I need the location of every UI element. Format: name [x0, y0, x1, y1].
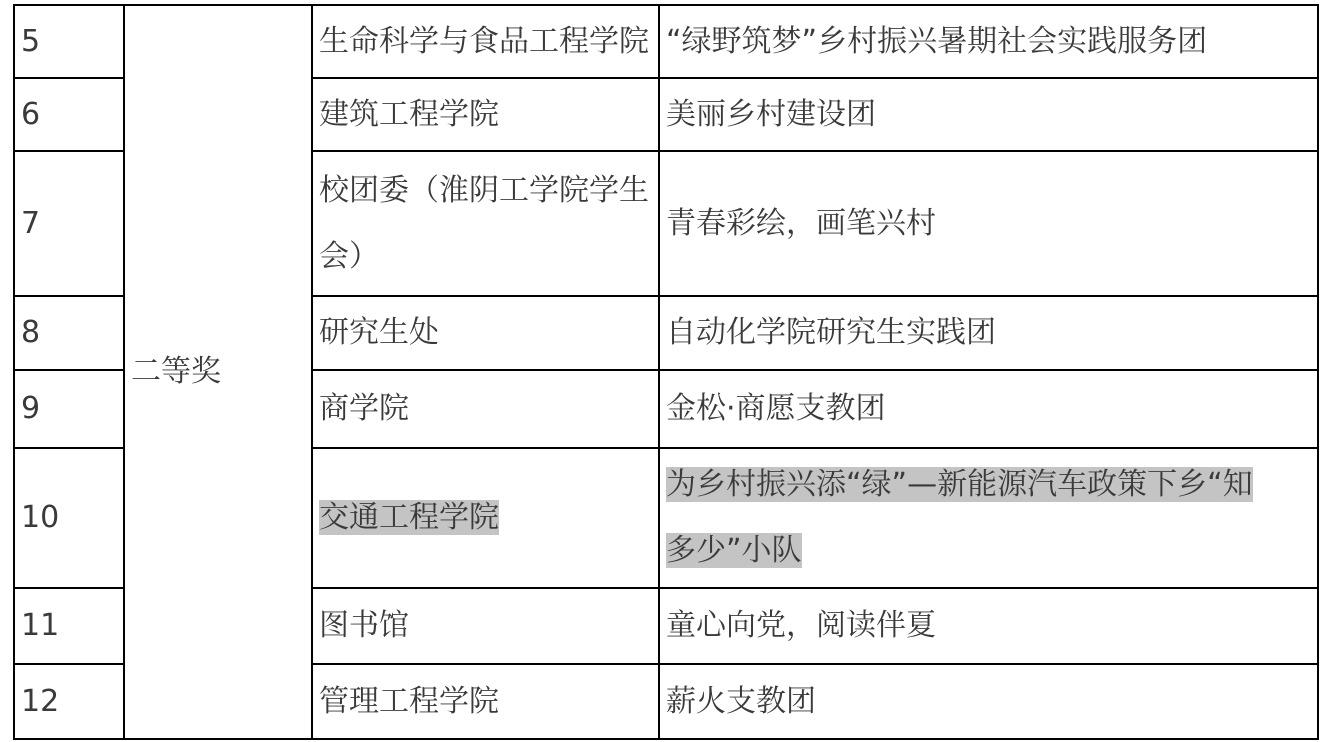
unit-text: 校团委（淮阴工学院学生 会）: [319, 173, 649, 274]
row-number: 9: [21, 391, 40, 426]
team-text: 美丽乡村建设团: [666, 97, 876, 132]
row-number: 6: [21, 97, 40, 132]
row-number-cell: 10: [14, 448, 124, 588]
unit-text: 建筑工程学院: [319, 97, 499, 132]
row-number: 7: [21, 206, 40, 241]
unit-text: 管理工程学院: [319, 684, 499, 719]
row-number: 12: [21, 684, 59, 719]
team-text: 薪火支教团: [666, 684, 816, 719]
unit-text: 商学院: [319, 391, 409, 426]
unit-cell: 管理工程学院: [312, 664, 659, 739]
row-number: 10: [21, 500, 59, 535]
team-cell: 自动化学院研究生实践团: [659, 296, 1318, 370]
unit-text: 研究生处: [319, 315, 439, 350]
table-row: 5 二等奖 生命科学与食品工程学院 “绿野筑梦”乡村振兴暑期社会实践服务团: [14, 5, 1318, 78]
unit-cell: 研究生处: [312, 296, 659, 370]
team-text: 金松·商愿支教团: [666, 391, 886, 426]
team-cell: 美丽乡村建设团: [659, 78, 1318, 151]
unit-cell: 商学院: [312, 370, 659, 448]
team-cell: 金松·商愿支教团: [659, 370, 1318, 448]
row-number: 8: [21, 315, 40, 350]
row-number-cell: 12: [14, 664, 124, 739]
row-number-cell: 9: [14, 370, 124, 448]
team-text: 青春彩绘，画笔兴村: [666, 206, 936, 241]
row-number: 11: [21, 608, 59, 643]
unit-cell: 图书馆: [312, 588, 659, 664]
team-cell: 薪火支教团: [659, 664, 1318, 739]
row-number-cell: 11: [14, 588, 124, 664]
team-text: “绿野筑梦”乡村振兴暑期社会实践服务团: [666, 24, 1207, 59]
award-level-label: 二等奖: [131, 354, 221, 389]
award-table: 5 二等奖 生命科学与食品工程学院 “绿野筑梦”乡村振兴暑期社会实践服务团 6 …: [13, 4, 1319, 740]
selected-text-team[interactable]: 为乡村振兴添“绿”—新能源汽车政策下乡“知 多少”小队: [666, 467, 1253, 568]
row-number-cell: 5: [14, 5, 124, 78]
unit-cell: 校团委（淮阴工学院学生 会）: [312, 151, 659, 296]
team-text: 自动化学院研究生实践团: [666, 315, 996, 350]
team-text: 童心向党，阅读伴夏: [666, 608, 936, 643]
unit-text: 图书馆: [319, 608, 409, 643]
selected-text-unit[interactable]: 交通工程学院: [319, 500, 499, 535]
row-number-cell: 7: [14, 151, 124, 296]
row-number-cell: 8: [14, 296, 124, 370]
unit-text: 生命科学与食品工程学院: [319, 24, 649, 59]
team-cell: 青春彩绘，画笔兴村: [659, 151, 1318, 296]
team-cell: 童心向党，阅读伴夏: [659, 588, 1318, 664]
unit-cell: 生命科学与食品工程学院: [312, 5, 659, 78]
award-level-cell: 二等奖: [124, 5, 312, 739]
unit-cell: 建筑工程学院: [312, 78, 659, 151]
row-number: 5: [21, 24, 40, 59]
team-cell: 为乡村振兴添“绿”—新能源汽车政策下乡“知 多少”小队: [659, 448, 1318, 588]
row-number-cell: 6: [14, 78, 124, 151]
unit-cell: 交通工程学院: [312, 448, 659, 588]
team-cell: “绿野筑梦”乡村振兴暑期社会实践服务团: [659, 5, 1318, 78]
